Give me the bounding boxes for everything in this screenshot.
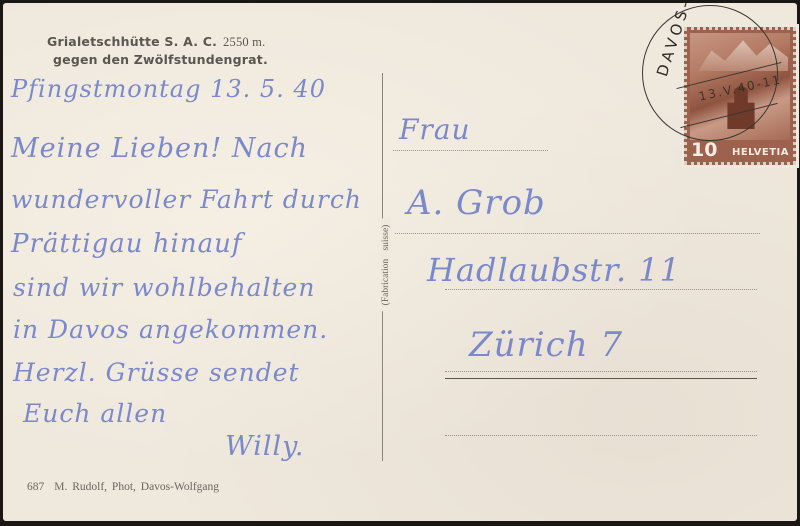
message-line: Pfingstmontag 13. 5. 40 [11,75,326,103]
address-line-1 [393,150,548,151]
printed-caption: Grialetschhütte S. A. C.2550 m. gegen de… [47,33,268,69]
credit-text: M. Rudolf, Phot, Davos-Wolfgang [54,481,219,493]
card-number: 687 [27,481,44,493]
message-line: Meine Lieben! Nach [11,133,308,164]
stamp-country: HELVETIA [732,147,789,158]
address-line-3 [445,289,757,290]
message-line: Euch allen [23,399,167,428]
address-street: Hadlaubstr. 11 [427,251,681,289]
address-city: Zürich 7 [469,325,623,365]
address-name: A. Grob [407,183,546,223]
caption-altitude: 2550 m. [223,35,265,49]
message-line: in Davos angekommen. [13,315,328,344]
message-line: wundervoller Fahrt durch [11,185,362,214]
caption-title: Grialetschhütte S. A. C. [47,34,217,49]
postcard: Grialetschhütte S. A. C.2550 m. gegen de… [3,3,797,521]
address-line-5 [445,435,757,436]
stamp-denomination: 10 [691,139,717,161]
address-line-4 [445,371,757,372]
message-line: Herzl. Grüsse sendet [13,358,300,387]
signature: Willy. [225,431,304,462]
message-line: sind wir wohlbehalten [13,273,315,302]
address-line-2 [395,233,760,234]
address-underline [445,378,757,379]
message-line: Prättigau hinauf [11,229,242,259]
caption-subtitle: gegen den Zwölfstundengrat. [53,52,268,67]
fabrication-note: (Fabrication suisse) [381,219,391,312]
photo-credit: 687M. Rudolf, Phot, Davos-Wolfgang [27,481,219,493]
address-salutation: Frau [399,113,471,146]
